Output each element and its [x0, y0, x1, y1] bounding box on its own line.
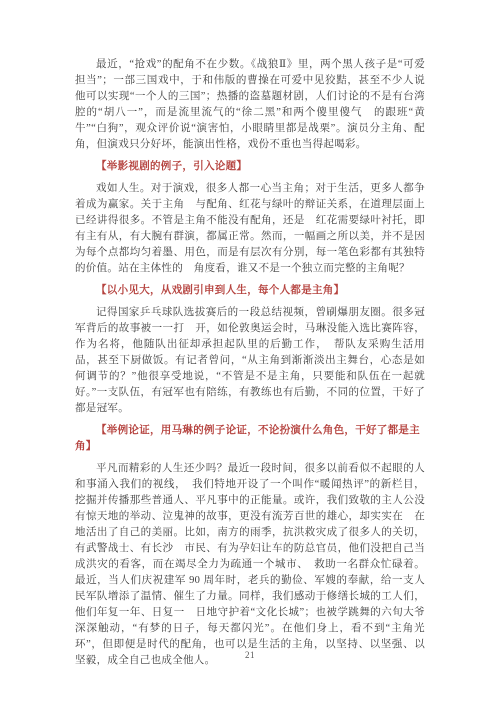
- paragraph: 记得国家乒乓球队选拔赛后的一段总结视频，曾刷爆朋友圈。很多冠军背后的故事被一一打…: [75, 305, 425, 417]
- document-content: 最近，“抢戏”的配角不在少数。《战狼Ⅱ》里，两个黑人孩子是“可爱担当”；一部三国…: [75, 57, 425, 669]
- page-number: 21: [0, 650, 500, 660]
- annotation-note: 【举影视剧的例子，引入论题】: [75, 159, 425, 175]
- paragraph: 戏如人生。对于演戏，很多人都一心当主角；对于生活，更多人都争着成为赢家。关于主角…: [75, 181, 425, 277]
- annotation-note: 【举例论证，用马琳的例子论证，不论扮演什么角色，干好了都是主角】: [75, 423, 425, 455]
- paragraph: 最近，“抢戏”的配角不在少数。《战狼Ⅱ》里，两个黑人孩子是“可爱担当”；一部三国…: [75, 57, 425, 153]
- annotation-note: 【以小见大，从戏剧引申到人生，每个人都是主角】: [75, 283, 425, 299]
- paragraph: 平凡而精彩的人生还少吗？最近一段时间，很多以前看似不起眼的人和事涌入我们的视线，…: [75, 461, 425, 669]
- document-page: 最近，“抢戏”的配角不在少数。《战狼Ⅱ》里，两个黑人孩子是“可爱担当”；一部三国…: [0, 0, 500, 707]
